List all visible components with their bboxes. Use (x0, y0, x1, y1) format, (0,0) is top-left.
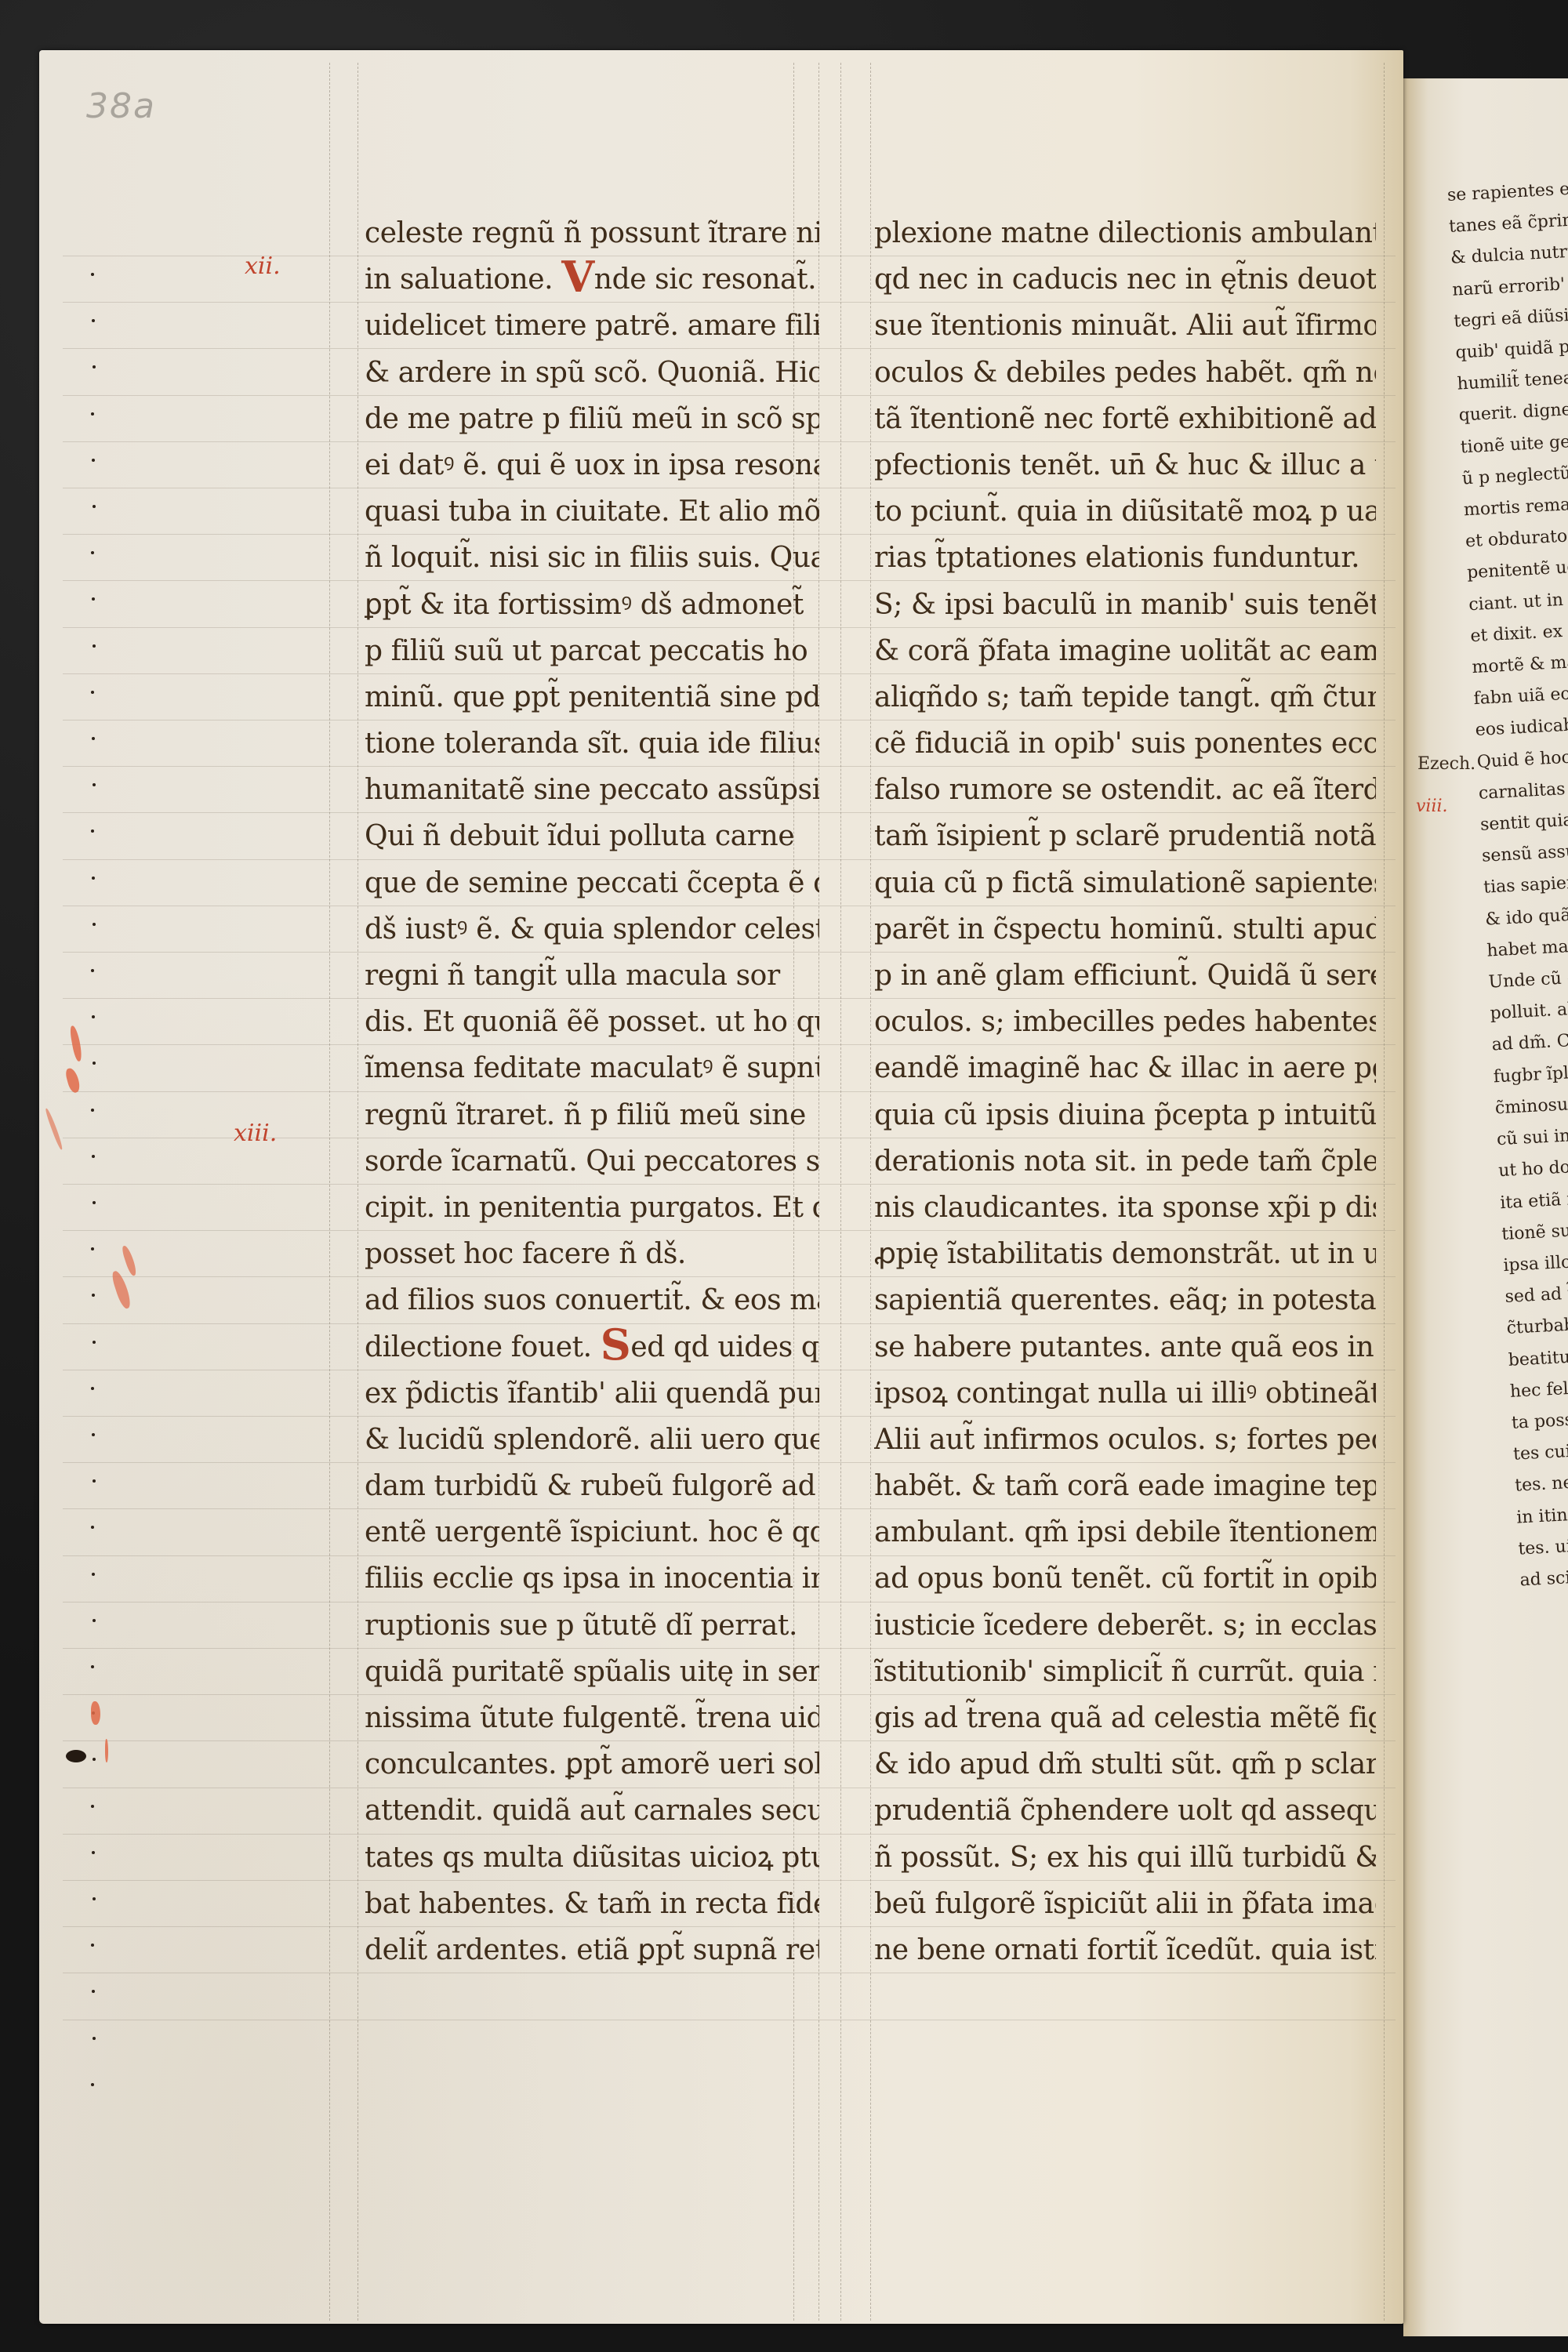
prick-mark (93, 2037, 96, 2040)
prick-mark (91, 969, 94, 972)
facing-text-line: tes. nec ulla iusticiã ci (1514, 1464, 1568, 1502)
facing-text-line: ta possidebit. Et ido (1511, 1401, 1568, 1439)
text-line: habẽt. & tam̃ corã eade imagine tepide (874, 1463, 1376, 1509)
ruling-line (870, 63, 871, 2321)
text-line: filiis ecclie qs ipsa in inocentia in co… (365, 1555, 819, 1602)
prick-mark (92, 1851, 95, 1854)
text-line: Alii aut̃ infirmos oculos. s; fortes ped… (874, 1417, 1376, 1463)
facing-text-line: ad dm̃. Cuq; c̃minosũ o (1491, 1023, 1568, 1062)
facing-text-line: ipsa illoꝝ hominũ qu (1503, 1243, 1568, 1282)
text-line: & corã p̃fata imagine uolitãt ac eam (874, 628, 1376, 674)
text-line: & ido apud dm̃ stulti sũt. qm̃ p sclarem (874, 1741, 1376, 1788)
text-line: plexione matne dilectionis ambulantes. (874, 210, 1376, 256)
text-line: rias t̃ptationes elationis funduntur. (874, 535, 1376, 581)
facing-text-line: tias sapientia. & scientia (1483, 866, 1568, 904)
facing-text-line: humilit̃ teneant. quia (1457, 362, 1568, 401)
facing-text-line: querit. digne penitend (1458, 394, 1568, 432)
text-line: ex p̃dictis ĩfantib' alii quendã puriũ (365, 1370, 819, 1417)
red-pen-mark (105, 1739, 108, 1762)
prick-mark (92, 1573, 95, 1576)
facing-text-line: tionẽ uite gerũt in se p (1460, 425, 1568, 463)
prick-mark (91, 2083, 94, 2086)
ruling-line (329, 63, 330, 2321)
text-line: nissima ũtute fulgentẽ. t̃rena uides (365, 1695, 819, 1741)
facing-text-line: sed ad t̃rã p̃strati sũt. a (1504, 1275, 1568, 1313)
text-line: oculos. s; imbecilles pedes habentes. an… (874, 999, 1376, 1045)
facing-text-line: & dulcia nutrimta ecclie (1450, 236, 1568, 274)
text-line: quia cũ p fictã simulationẽ sapientes ap (874, 860, 1376, 906)
facing-text-line: tes cui semp assistũt. (1512, 1432, 1568, 1471)
text-line: S; & ipsi baculũ in manib' suis tenẽt. (874, 582, 1376, 628)
text-line: parẽt in c̃spectu hominũ. stulti apud dm… (874, 906, 1376, 953)
text-line: dilectione fouet. Sed qd uides qd (365, 1324, 819, 1370)
red-pen-mark (91, 1701, 100, 1725)
text-line: de me patre p filiũ meũ in scõ spũ (365, 396, 819, 442)
facing-text-line: c̃minosus pnceps ĩduet (1494, 1086, 1568, 1124)
prick-mark (91, 1665, 94, 1668)
facing-text-line: sentit quia malũ nouit (1479, 803, 1568, 841)
facing-text-line: habet malũ. sentiens ho (1486, 929, 1568, 967)
text-line: sorde ĩcarnatũ. Qui peccatores sus (365, 1138, 819, 1185)
text-line: se habere putantes. ante quã eos in ĩtr̃ (874, 1324, 1376, 1370)
text-column-left: celeste regnũ ñ possunt ĩtrare nisiin sa… (365, 210, 819, 1973)
prick-mark (91, 1387, 94, 1390)
facing-text-line: c̃turbabunt̃. quia ue (1506, 1306, 1568, 1345)
prick-mark (93, 644, 96, 648)
text-line: sapientiã querentes. eãq; in potestate s… (874, 1277, 1376, 1323)
ruling-line (840, 63, 841, 2321)
facing-text-line: ciant. ut in multica (1468, 583, 1568, 621)
text-line: cẽ fiduciã in opib' suis ponentes ecclie… (874, 720, 1376, 767)
text-line: p filiũ suũ ut parcat peccatis ho (365, 628, 819, 674)
prick-mark (92, 877, 95, 880)
text-line: ne bene ornati fortit̃ ĩcedũt. quia isti (874, 1927, 1376, 1973)
text-line: aliqñdo s; tam̃ tepide tangt̃. qm̃ c̃tum… (874, 674, 1376, 720)
text-column-right: plexione matne dilectionis ambulantes.qd… (874, 210, 1376, 1973)
text-line: celeste regnũ ñ possunt ĩtrare nisi (365, 210, 819, 256)
text-line: gis ad t̃rena quã ad celestia mẽtẽ figũt… (874, 1695, 1376, 1741)
text-line: que de semine peccati c̃cepta ẽ qm̃ (365, 860, 819, 906)
text-line: conculcantes. ꝑpt̃ amorẽ ueri solis (365, 1741, 819, 1788)
text-line: derationis nota sit. in pede tam̃ c̃plet… (874, 1138, 1376, 1185)
text-line: oculos & debiles pedes habẽt. qm̃ nec cl… (874, 350, 1376, 396)
chapter-number-xii: xii. (245, 252, 281, 280)
ruling-line (1384, 63, 1385, 2321)
facing-text-line: et dixit. ex lugebi (1469, 614, 1568, 652)
facing-text-line: mortẽ & mari ipsi ter (1472, 645, 1568, 684)
text-line: delit̃ ardentes. etiã ꝑpt̃ supnã retri (365, 1927, 819, 1973)
text-line: ĩstitutionib' simplicit̃ ñ currũt. quia … (874, 1649, 1376, 1695)
facing-text-line: penitentẽ uecordiã u (1466, 551, 1568, 590)
text-line: p in anẽ glam efficiunt̃. Quidã ũ sereno… (874, 953, 1376, 999)
text-line: ĩmensa feditate maculatꝰ ẽ supnũ (365, 1045, 819, 1091)
text-segment: dilectione fouet. (365, 1331, 601, 1363)
prick-mark (93, 505, 96, 508)
text-line: beũ fulgorẽ ĩspiciũt alii in p̃fata imag… (874, 1881, 1376, 1927)
facing-text-line: cũ sui in ĩmundiciis u (1496, 1118, 1568, 1156)
prick-mark (91, 1805, 94, 1808)
text-line: qd nec in caducis nec in ęt̃nis deuotion… (874, 256, 1376, 303)
prick-mark (92, 1433, 95, 1436)
prick-mark (92, 1155, 95, 1158)
ruling-line (358, 63, 358, 2321)
text-line: quia cũ ipsis diuina p̃cepta p intuitũ c… (874, 1092, 1376, 1138)
text-line: eandẽ imaginẽ hac & illac in aere pgũt. (874, 1045, 1376, 1091)
text-line: humanitatẽ sine peccato assũpsit. (365, 767, 819, 813)
facing-text-line: ut ho dolet cũ uulib' u (1497, 1149, 1568, 1188)
facing-text-line: ũ p neglectũ obduratio (1461, 456, 1568, 495)
text-line: ad opus bonũ tenẽt. cũ fortit̃ in opib' (874, 1555, 1376, 1602)
text-line: tates qs multa diũsitas uicioꝝ ptur (365, 1835, 819, 1881)
prick-mark (93, 1619, 96, 1622)
text-line: cipit. in penitentia purgatos. Et qs (365, 1185, 819, 1231)
folio-number: 38a (86, 86, 156, 126)
facing-text-line: fabn uiã eoꝝ faciã eis. (1473, 677, 1568, 715)
text-line: to pciunt̃. quia in diũsitatẽ moꝝ p ua (874, 488, 1376, 535)
facing-text-line: mortis remanẽt. qm̃ i (1463, 488, 1568, 527)
text-line: ipsoꝝ contingat nulla ui illiꝰ obtineãt. (874, 1370, 1376, 1417)
text-segment: in saluatione. (365, 263, 561, 296)
text-line: bat habentes. & tam̃ in recta fide fi (365, 1881, 819, 1927)
prick-mark (93, 1341, 96, 1344)
facing-text-line: eos iudicabo eos. & iud (1475, 709, 1568, 747)
text-line: falso rumore se ostendit. ac eã ĩterdũ. … (874, 767, 1376, 813)
text-line: tã ĩtentionẽ nec fortẽ exhibitionẽ ad op… (874, 396, 1376, 442)
text-line: dam turbidũ & rubeũ fulgorẽ ad ori (365, 1463, 819, 1509)
facing-text-line: Quid ẽ hoc. anima u (1476, 740, 1568, 779)
prick-mark (91, 691, 94, 694)
prick-mark (92, 737, 95, 740)
text-line: ruptionis sue p ũtutẽ dĩ perrat. (365, 1602, 819, 1649)
prick-mark (93, 923, 96, 926)
text-line: & ardere in spũ scõ. Quoniã. Hic sonꝰ (365, 350, 819, 396)
text-line: posset hoc facere ñ dš. (365, 1231, 819, 1277)
text-line: ꝑpt̃ & ita fortissimꝰ dš admonet̃ (365, 582, 819, 628)
facing-text-line: & ido quãuis corpi c̃ser (1484, 898, 1568, 936)
text-line: quasi tuba in ciuitate. Et alio mõ (365, 488, 819, 535)
text-segment: ed qd uides qd (630, 1331, 819, 1363)
text-line: & lucidũ splendorẽ. alii uero quen (365, 1417, 819, 1463)
facing-text-line: et obdurato corde ꝑpt̃ (1465, 520, 1568, 558)
parchment-hole (66, 1750, 86, 1762)
prick-mark (93, 1201, 96, 1204)
text-line: ꝓpię ĩstabilitatis demonstrãt. ut in umb… (874, 1231, 1376, 1277)
prick-mark (91, 412, 94, 416)
text-line: sue ĩtentionis minuãt. Alii aut̃ ĩfirmos (874, 303, 1376, 349)
prick-mark (92, 459, 95, 462)
text-line: uidelicet timere patrẽ. amare filiũ (365, 303, 819, 349)
red-initial: S (601, 1324, 631, 1370)
text-line: iusticie ĩcedere deberẽt. s; in ecclasti… (874, 1602, 1376, 1649)
facing-text-line: sensũ assumit. Quoniã (1481, 834, 1568, 873)
facing-margin-note: Ezech. (1417, 754, 1475, 774)
text-line: in saluatione. Vnde sic resonat̃. (365, 256, 819, 303)
text-line: prudentiã c̃phendere uolt qd assequi (874, 1788, 1376, 1834)
red-initial: V (561, 256, 594, 302)
text-line: regni ñ tangit̃ ulla macula sor (365, 953, 819, 999)
text-line: ñ loquit̃. nisi sic in filiis suis. Qua (365, 535, 819, 581)
text-line: ambulant. qm̃ ipsi debile ĩtentionem (874, 1509, 1376, 1555)
text-line: quidã puritatẽ spũalis uitę in sere (365, 1649, 819, 1695)
chapter-number-xiii: xiii. (234, 1120, 277, 1147)
text-line: ad filios suos conuertit̃. & eos matna (365, 1277, 819, 1323)
prick-mark (93, 1897, 96, 1900)
prick-mark (91, 1109, 94, 1112)
facing-chapter-number: viii. (1416, 797, 1448, 816)
text-line: dis. Et quoniã ẽẽ posset. ut ho qui (365, 999, 819, 1045)
ruling-line (63, 2020, 1396, 2020)
facing-text-line: Unde cũ diũsis c̃minib' (1488, 960, 1568, 999)
facing-text-line: polluit. alta suspiria tr (1490, 992, 1568, 1030)
text-line: regnũ ĩtraret. ñ p filiũ meũ sine (365, 1092, 819, 1138)
text-line: minũ. que ꝑpt̃ penitentiã sine pdi (365, 674, 819, 720)
facing-text-line: carnalitas ẽ. cũ delectat (1478, 771, 1568, 810)
text-line: pfectionis tenẽt. un̄ & huc & illuc a ue… (874, 442, 1376, 488)
text-line: Qui ñ debuit ĩdui polluta carne (365, 813, 819, 859)
text-line: tione toleranda sĩt. quia ide filius dĩ (365, 720, 819, 767)
text-line: attendit. quidã aut̃ carnales secul (365, 1788, 819, 1834)
text-line: entẽ uergentẽ ĩspiciunt. hoc ẽ qd ex (365, 1509, 819, 1555)
prick-mark (91, 273, 94, 276)
text-line: tam̃ ĩsipient̃ p sclarẽ prudentiã notãt. (874, 813, 1376, 859)
text-line: ñ possũt. S; ex his qui illũ turbidũ & r… (874, 1835, 1376, 1881)
text-line: ei datꝰ ẽ. qui ẽ uox in ipsa resonans (365, 442, 819, 488)
text-line: dš iustꝰ ẽ. & quia splendor celestis (365, 906, 819, 953)
text-segment: nde sic resonat̃. (594, 263, 816, 296)
text-line: nis claudicantes. ita sponse xp̃i p disc… (874, 1185, 1376, 1231)
